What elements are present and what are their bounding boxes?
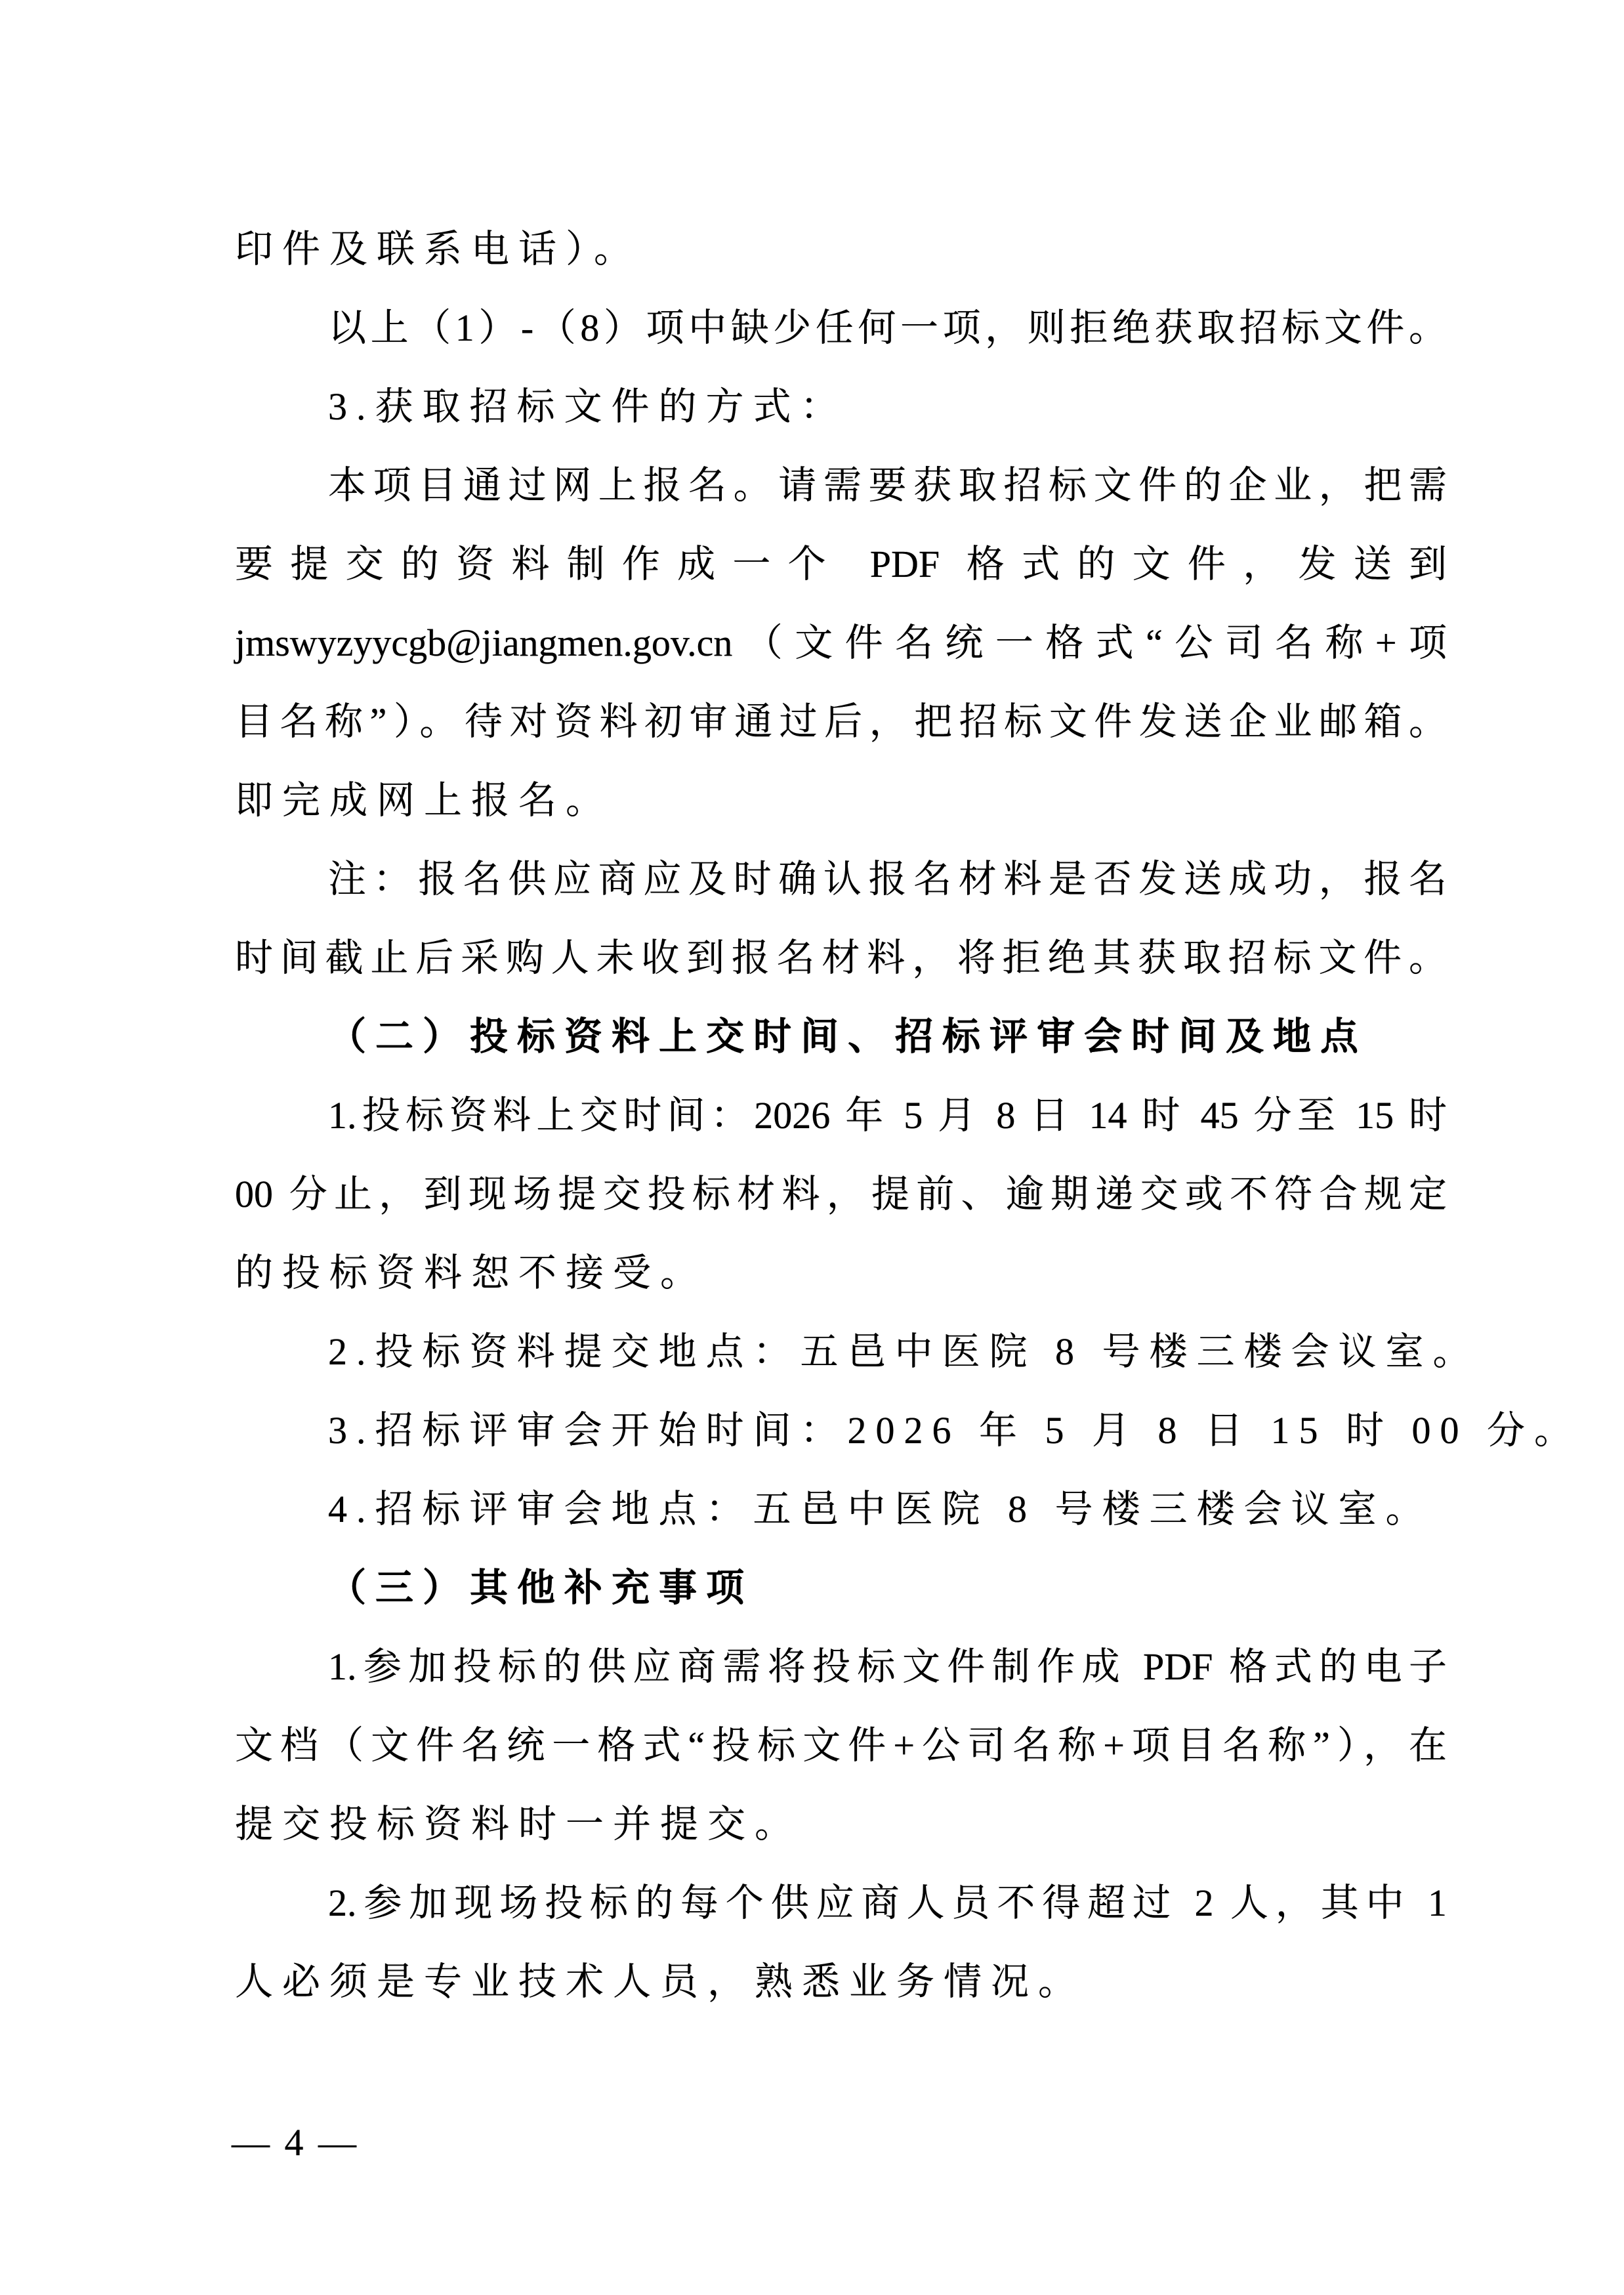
section-heading: （三）其他补充事项 bbox=[235, 1549, 1447, 1628]
text-line: 目名称”）。待对资料初审通过后，把招标文件发送企业邮箱。 bbox=[235, 683, 1447, 761]
text-line-note: 注：报名供应商应及时确认报名材料是否发送成功，报名 bbox=[235, 840, 1447, 919]
text-line: 提交投标资料时一并提交。 bbox=[235, 1785, 1447, 1864]
document-body: 印件及联系电话）。 以上（1）-（8）项中缺少任何一项，则拒绝获取招标文件。 3… bbox=[235, 210, 1447, 2021]
text-line: 以上（1）-（8）项中缺少任何一项，则拒绝获取招标文件。 bbox=[235, 289, 1447, 368]
text-line: 2.投标资料提交地点：五邑中医院 8 号楼三楼会议室。 bbox=[235, 1313, 1447, 1391]
text-line: 3.招标评审会开始时间：2026 年 5 月 8 日 15 时 00 分。 bbox=[235, 1391, 1447, 1470]
text-line: 即完成网上报名。 bbox=[235, 761, 1447, 840]
page-number: — 4 — bbox=[232, 2104, 359, 2181]
text-line: 本项目通过网上报名。请需要获取招标文件的企业，把需 bbox=[235, 446, 1447, 525]
text-line: 时间截止后采购人未收到报名材料，将拒绝其获取招标文件。 bbox=[235, 919, 1447, 998]
text-line: 文档（文件名统一格式“投标文件+公司名称+项目名称”），在 bbox=[235, 1706, 1447, 1785]
text-line: 00 分止，到现场提交投标材料，提前、逾期递交或不符合规定 bbox=[235, 1155, 1447, 1234]
text-line: 4.招标评审会地点：五邑中医院 8 号楼三楼会议室。 bbox=[235, 1470, 1447, 1549]
text-line: 人必须是专业技术人员，熟悉业务情况。 bbox=[235, 1943, 1447, 2021]
text-line: 印件及联系电话）。 bbox=[235, 210, 1447, 289]
text-line-email: jmswyzyycgb@jiangmen.gov.cn（文件名统一格式“公司名称… bbox=[235, 604, 1447, 683]
text-line: 3.获取招标文件的方式： bbox=[235, 368, 1447, 446]
text-line: 要提交的资料制作成一个 PDF 格式的文件，发送到 bbox=[235, 525, 1447, 604]
document-page: 印件及联系电话）。 以上（1）-（8）项中缺少任何一项，则拒绝获取招标文件。 3… bbox=[0, 0, 1624, 2295]
text-line: 的投标资料恕不接受。 bbox=[235, 1234, 1447, 1313]
text-line: 1.参加投标的供应商需将投标文件制作成 PDF 格式的电子 bbox=[235, 1628, 1447, 1706]
section-heading: （二）投标资料上交时间、招标评审会时间及地点 bbox=[235, 998, 1447, 1076]
text-line: 1.投标资料上交时间：2026 年 5 月 8 日 14 时 45 分至 15 … bbox=[235, 1076, 1447, 1155]
text-line: 2.参加现场投标的每个供应商人员不得超过 2 人，其中 1 bbox=[235, 1864, 1447, 1943]
